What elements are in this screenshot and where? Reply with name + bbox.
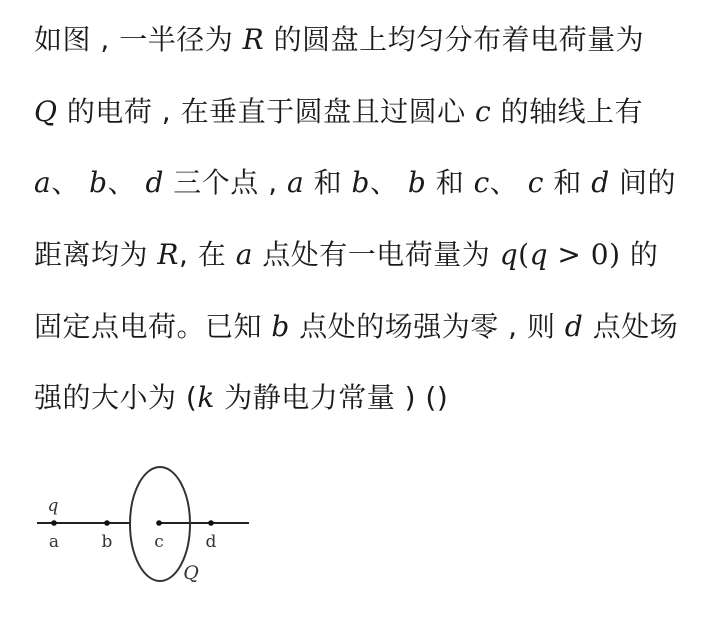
- point-a: [51, 520, 57, 526]
- disk-charge-label: Q: [183, 562, 199, 584]
- point-d: [208, 520, 214, 526]
- point-c: [156, 520, 162, 526]
- charged-disk-diagram: abcd q Q: [0, 0, 720, 634]
- point-label-b: b: [102, 532, 113, 552]
- point-label-a: a: [49, 532, 59, 552]
- point-charge-label: q: [48, 496, 59, 516]
- point-label-c: c: [154, 532, 164, 552]
- point-label-d: d: [206, 532, 217, 552]
- point-b: [104, 520, 110, 526]
